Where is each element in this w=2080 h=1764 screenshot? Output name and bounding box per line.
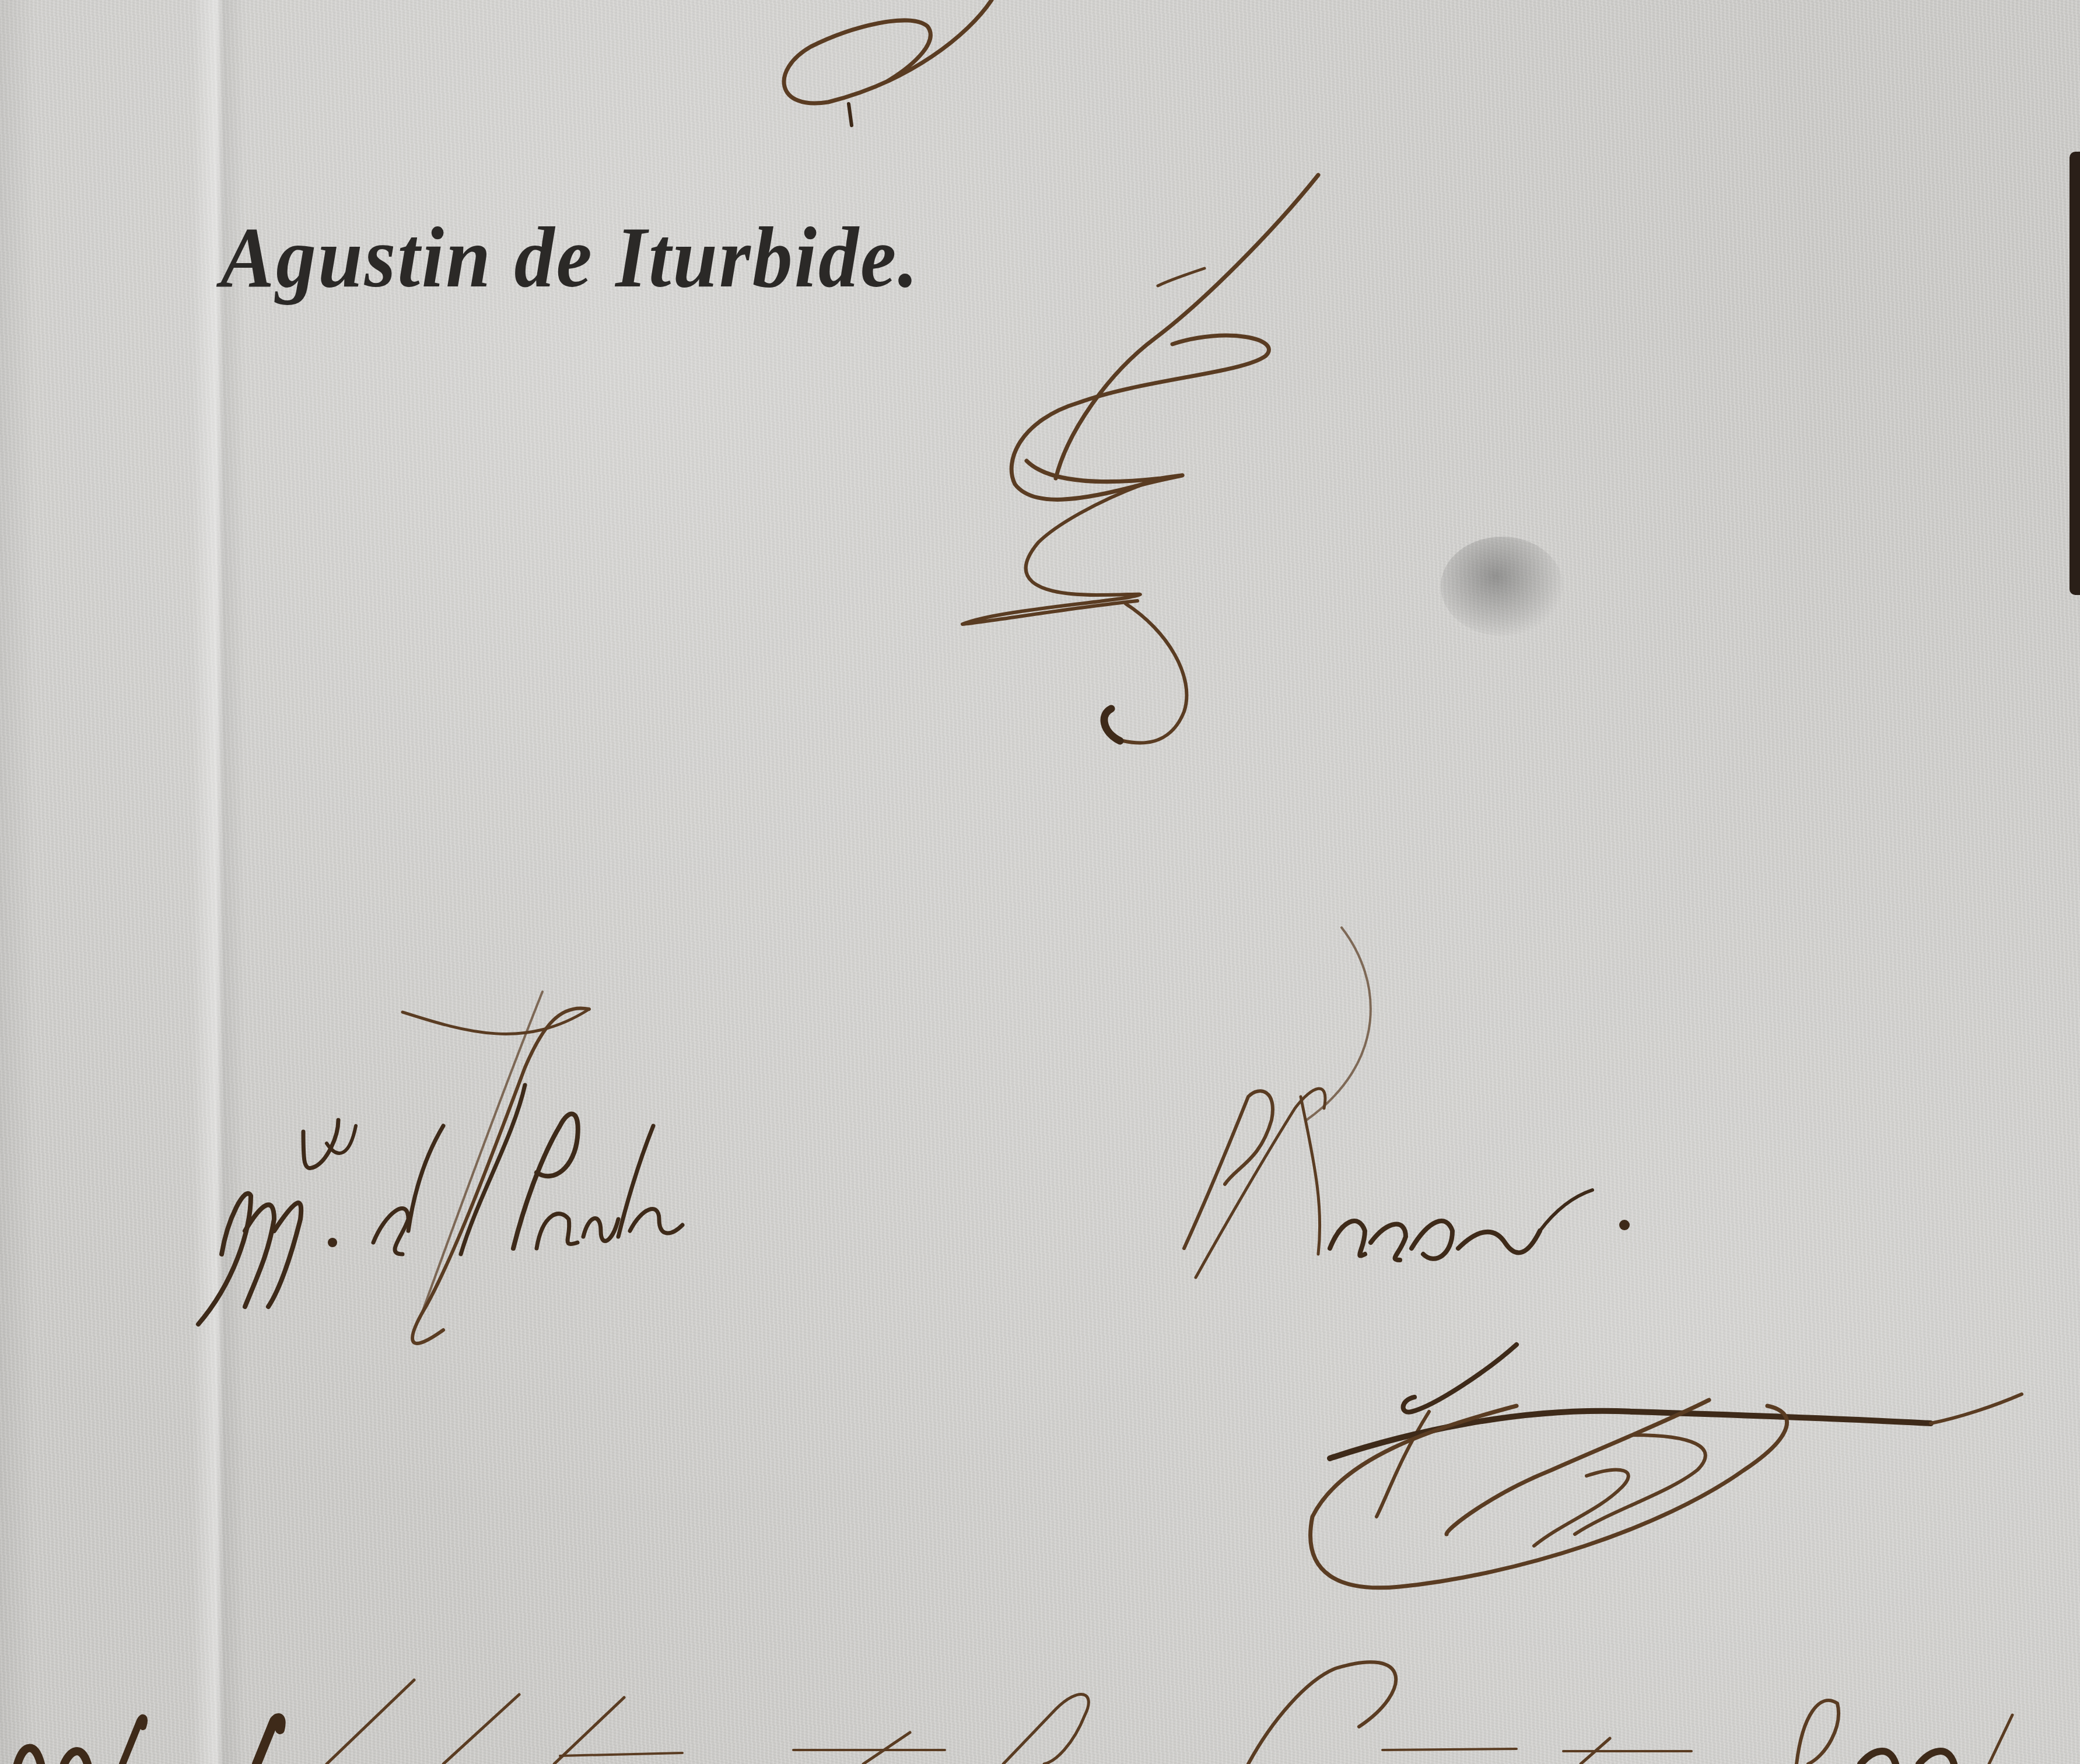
top-rubric	[784, 0, 992, 125]
signature-alvarez	[198, 1008, 1630, 1343]
alvarez-rubric	[1311, 1345, 2022, 1588]
handwriting-layer	[0, 0, 2080, 1764]
bottom-line-handwriting	[17, 1662, 2012, 1764]
paper-sheet: Agustin de Iturbide. Fran.co de Paula Al…	[0, 0, 2080, 1764]
iturbide-rubric	[962, 175, 1318, 743]
